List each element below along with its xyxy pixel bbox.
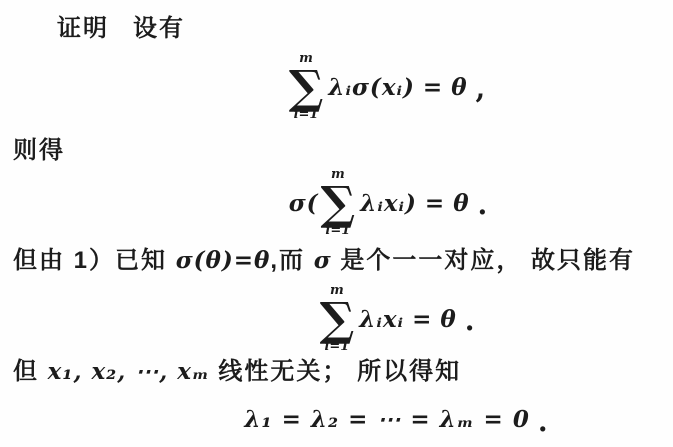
display-equation-2: σ( m ∑ i=1 λᵢxᵢ) = θ . — [0, 168, 673, 238]
paragraph-linear-independence: 但 x₁, x₂, ⋯, xₘ 线性无关； 所以得知 — [13, 357, 461, 387]
vector-list-inline-math: x₁, x₂, ⋯, xₘ — [48, 358, 210, 385]
equation-1-punctuation: , — [476, 84, 487, 94]
display-equation-4: λ₁ = λ₂ = ⋯ = λₘ = 0 . — [0, 406, 673, 433]
scanned-textbook-page: 证明 设有 m ∑ i=1 λᵢσ(xᵢ) = θ , 则得 σ( m ∑ i=… — [0, 0, 673, 447]
equation-3-punctuation: . — [465, 316, 476, 326]
then-get-text: 则得 — [13, 136, 65, 166]
equals-sign: = — [423, 74, 443, 101]
sigma-theta-inline-math: σ(θ)=θ — [176, 247, 271, 274]
sigma-inline-symbol: σ — [314, 247, 332, 274]
equation-4-content: λ₁ = λ₂ = ⋯ = λₘ = 0 . — [244, 406, 548, 433]
equation-2-body: λᵢxᵢ) — [360, 190, 417, 217]
but-text: 但 — [13, 357, 48, 387]
sum-lower-limit: i=1 — [325, 224, 350, 238]
equation-4-body: λ₁ = λ₂ = ⋯ = λₘ = 0 — [244, 406, 529, 433]
equation-2-punctuation: . — [478, 200, 489, 210]
proof-heading: 证明 设有 — [57, 14, 185, 44]
proof-intro-text: 设有 — [133, 14, 185, 44]
summation-symbol: m ∑ i=1 — [320, 284, 355, 354]
summation-symbol: m ∑ i=1 — [289, 52, 324, 122]
theta-symbol: θ — [440, 306, 456, 333]
theta-symbol: θ — [451, 74, 467, 101]
sum-lower-limit: i=1 — [294, 108, 319, 122]
sigma-glyph: ∑ — [320, 298, 355, 340]
theta-symbol: θ — [453, 190, 469, 217]
paragraph-but-from-1: 但由 1）已知 σ(θ)=θ ,而 σ 是个一一对应， 故只能有 — [13, 246, 635, 276]
equals-sign: = — [412, 306, 432, 333]
sigma-glyph: ∑ — [289, 66, 324, 108]
and-connector-text: ,而 — [270, 246, 313, 276]
sigma-glyph: ∑ — [321, 182, 356, 224]
linear-independence-text: 线性无关； 所以得知 — [210, 357, 461, 387]
equation-4-punctuation: . — [538, 417, 549, 427]
equation-3-body: λᵢxᵢ — [359, 306, 404, 333]
proof-label: 证明 — [57, 14, 109, 44]
sum-lower-limit: i=1 — [324, 340, 349, 354]
but-from-text: 但由 1）已知 — [13, 246, 176, 276]
summation-symbol: m ∑ i=1 — [321, 168, 356, 238]
equation-1-content: m ∑ i=1 λᵢσ(xᵢ) = θ , — [287, 52, 487, 122]
sigma-prefix: σ( — [289, 190, 319, 217]
equation-1-body: λᵢσ(xᵢ) — [328, 74, 415, 101]
equation-2-content: σ( m ∑ i=1 λᵢxᵢ) = θ . — [289, 168, 489, 238]
paragraph-then-get: 则得 — [13, 136, 65, 166]
bijection-conclusion-text: 是个一一对应， 故只能有 — [332, 246, 635, 276]
equals-sign: = — [425, 190, 445, 217]
display-equation-1: m ∑ i=1 λᵢσ(xᵢ) = θ , — [0, 52, 673, 122]
display-equation-3: m ∑ i=1 λᵢxᵢ = θ . — [0, 284, 673, 354]
equation-3-content: m ∑ i=1 λᵢxᵢ = θ . — [318, 284, 476, 354]
